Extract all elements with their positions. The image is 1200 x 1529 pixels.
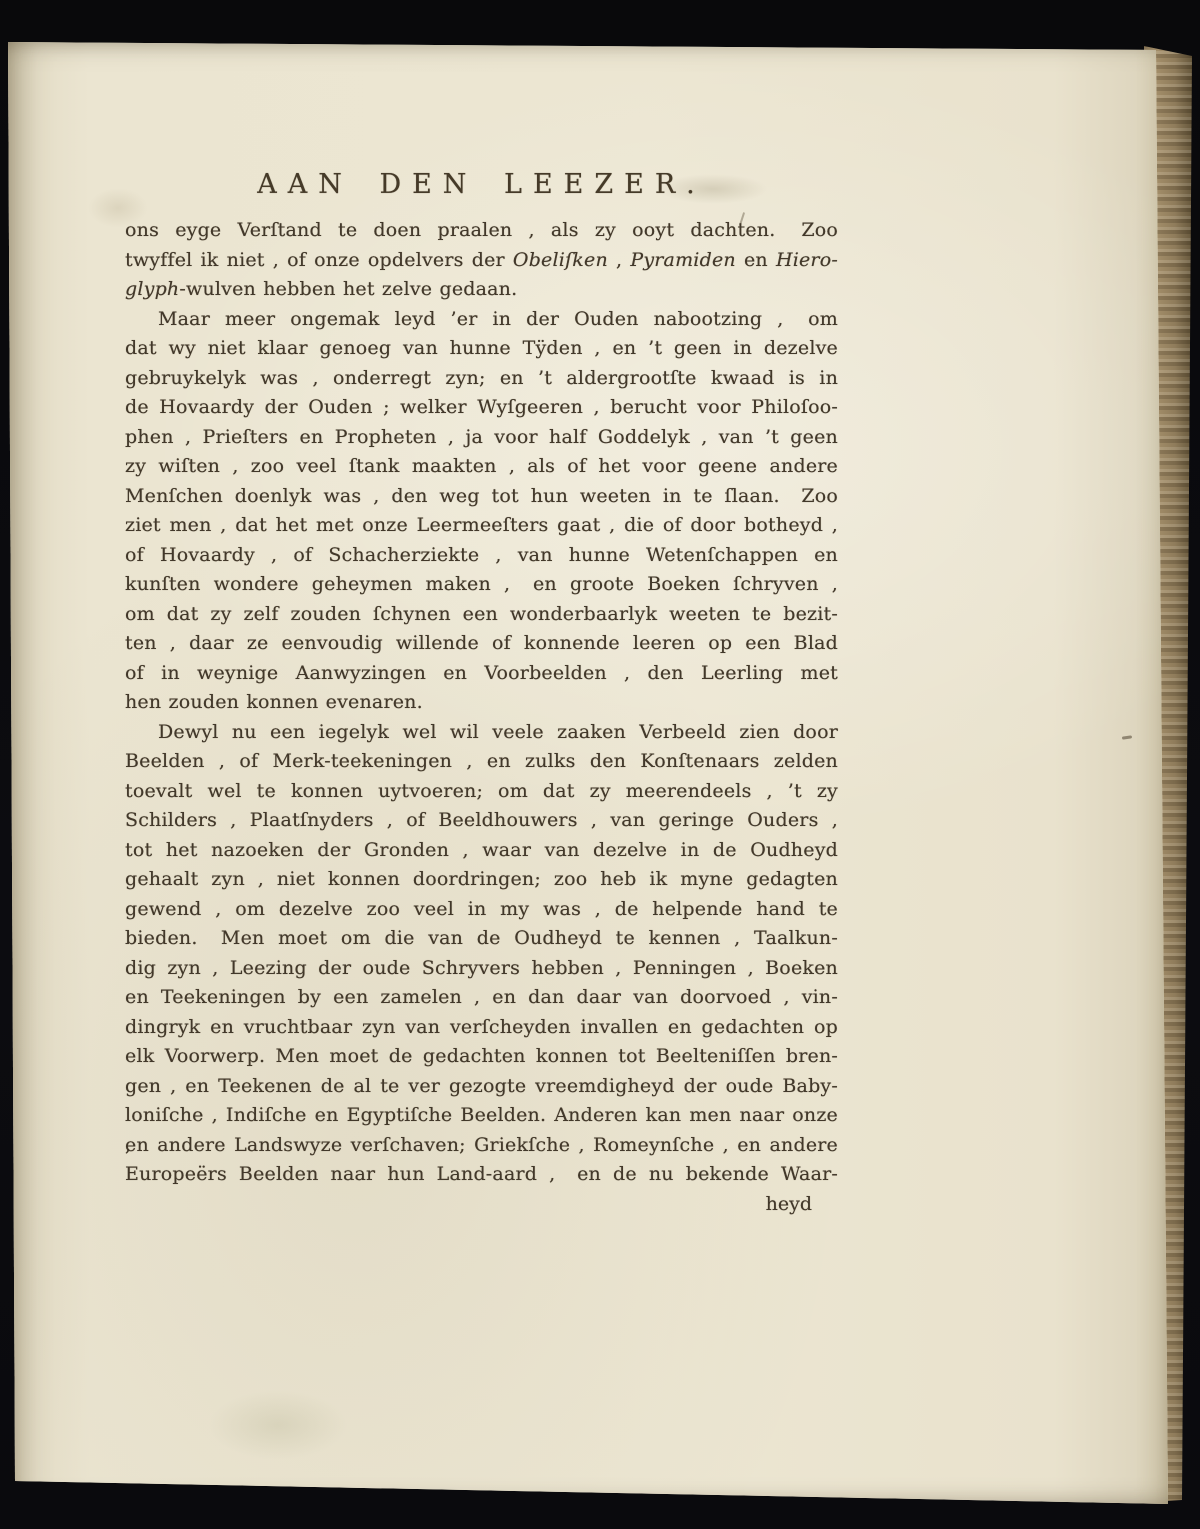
text-line: ten , daar ze eenvoudig willende of konn…	[125, 629, 838, 659]
text-segment: en Teekeningen by een zamelen , en dan d…	[125, 986, 838, 1008]
text-segment: -wulven hebben het zelve gedaan.	[179, 278, 517, 300]
scan-background: AAN DEN LEEZER. ons eyge Verſtand te doe…	[0, 0, 1200, 1529]
text-segment: Beelden , of Merk-teekeningen , en zulks…	[125, 750, 838, 772]
text-line: ons eyge Verſtand te doen praalen , als …	[125, 216, 838, 246]
text-segment: dat wy niet klaar genoeg van hunne Tÿden…	[125, 337, 838, 359]
text-segment: phen , Prieſters en Propheten , ja voor …	[125, 426, 838, 448]
text-line: om dat zy zelf zouden ſchynen een wonder…	[125, 600, 838, 630]
text-segment: gehaalt zyn , niet konnen doordringen; z…	[125, 868, 838, 890]
text-line: kunſten wondere geheymen maken , en groo…	[125, 570, 838, 600]
text-block: ons eyge Verſtand te doen praalen , als …	[125, 216, 838, 1190]
text-segment: Maar meer ongemak leyd ’er in der Ouden …	[158, 308, 838, 330]
text-segment: de Hovaardy der Ouden ; welker Wyſgeeren…	[125, 396, 838, 418]
text-segment: toevalt wel te konnen uytvoeren; om dat …	[125, 780, 838, 802]
text-line: dat wy niet klaar genoeg van hunne Tÿden…	[125, 334, 838, 364]
text-line: Maar meer ongemak leyd ’er in der Ouden …	[125, 305, 838, 335]
catchword: heyd	[125, 1190, 838, 1220]
text-segment: of Hovaardy , of Schacherziekte , van hu…	[125, 544, 838, 566]
text-segment: zy wiſten , zoo veel ſtank maakten , als…	[125, 455, 838, 477]
text-line: Dewyl nu een iegelyk wel wil veele zaake…	[125, 718, 838, 748]
text-segment: gen , en Teekenen de al te ver gezogte v…	[125, 1075, 838, 1097]
text-segment: tot het nazoeken der Gronden , waar van …	[125, 839, 838, 861]
text-line: phen , Prieſters en Propheten , ja voor …	[125, 423, 838, 453]
page-content: AAN DEN LEEZER. ons eyge Verſtand te doe…	[8, 38, 838, 1219]
italic-text-segment: Hiero-	[776, 249, 838, 271]
text-segment: bieden. Men moet om die van de Oudheyd t…	[125, 927, 838, 949]
italic-text-segment: glyph	[125, 278, 179, 300]
text-segment: gebruykelyk was , onderregt zyn; en ’t a…	[125, 367, 838, 389]
text-line: de Hovaardy der Ouden ; welker Wyſgeeren…	[125, 393, 838, 423]
text-segment: en andere Landswyze verſchaven; Griekſch…	[125, 1134, 838, 1156]
text-line: elk Voorwerp. Men moet de gedachten konn…	[125, 1042, 838, 1072]
text-segment: Menſchen doenlyk was , den weg tot hun w…	[125, 485, 838, 507]
text-segment: kunſten wondere geheymen maken , en groo…	[125, 573, 838, 595]
text-line: of in weynige Aanwyzingen en Voorbeelden…	[125, 659, 838, 689]
text-line: Beelden , of Merk-teekeningen , en zulks…	[125, 747, 838, 777]
text-segment: ten , daar ze eenvoudig willende of konn…	[125, 632, 838, 654]
text-line: zy wiſten , zoo veel ſtank maakten , als…	[125, 452, 838, 482]
text-line: en andere Landswyze verſchaven; Griekſch…	[125, 1131, 838, 1161]
text-segment: twyffel ik niet , of onze opdelvers der	[125, 249, 513, 271]
text-line: Europeërs Beelden naar hun Land-aard , e…	[125, 1160, 838, 1190]
text-segment: Europeërs Beelden naar hun Land-aard , e…	[125, 1163, 838, 1185]
text-segment: ,	[608, 249, 630, 271]
book-page: AAN DEN LEEZER. ons eyge Verſtand te doe…	[8, 38, 1170, 1506]
page-title: AAN DEN LEEZER.	[125, 168, 838, 202]
text-line: of Hovaardy , of Schacherziekte , van hu…	[125, 541, 838, 571]
text-line: dingryk en vruchtbaar zyn van verſcheyde…	[125, 1013, 838, 1043]
text-line: gehaalt zyn , niet konnen doordringen; z…	[125, 865, 838, 895]
text-line: Menſchen doenlyk was , den weg tot hun w…	[125, 482, 838, 512]
text-segment: gewend , om dezelve zoo veel in my was ,…	[125, 898, 838, 920]
text-line: glyph-wulven hebben het zelve gedaan.	[125, 275, 838, 305]
paper-stain	[208, 1390, 348, 1460]
text-line: twyffel ik niet , of onze opdelvers der …	[125, 246, 838, 276]
italic-text-segment: Obeliſken	[513, 249, 608, 271]
text-line: bieden. Men moet om die van de Oudheyd t…	[125, 924, 838, 954]
text-line: toevalt wel te konnen uytvoeren; om dat …	[125, 777, 838, 807]
text-line: Schilders , Plaatſnyders , of Beeldhouwe…	[125, 806, 838, 836]
text-segment: elk Voorwerp. Men moet de gedachten konn…	[125, 1045, 838, 1067]
text-segment: om dat zy zelf zouden ſchynen een wonder…	[125, 603, 838, 625]
italic-text-segment: Pyramiden	[630, 249, 735, 271]
text-line: tot het nazoeken der Gronden , waar van …	[125, 836, 838, 866]
text-line: gen , en Teekenen de al te ver gezogte v…	[125, 1072, 838, 1102]
text-line: en Teekeningen by een zamelen , en dan d…	[125, 983, 838, 1013]
text-segment: hen zouden konnen evenaren.	[125, 691, 423, 713]
text-segment: ons eyge Verſtand te doen praalen , als …	[125, 219, 838, 241]
text-segment: Schilders , Plaatſnyders , of Beeldhouwe…	[125, 809, 838, 831]
text-line: dig zyn , Leezing der oude Schryvers heb…	[125, 954, 838, 984]
text-segment: dingryk en vruchtbaar zyn van verſcheyde…	[125, 1016, 838, 1038]
text-segment: Dewyl nu een iegelyk wel wil veele zaake…	[158, 721, 838, 743]
text-segment: dig zyn , Leezing der oude Schryvers heb…	[125, 957, 838, 979]
text-line: gebruykelyk was , onderregt zyn; en ’t a…	[125, 364, 838, 394]
text-line: hen zouden konnen evenaren.	[125, 688, 838, 718]
text-line: gewend , om dezelve zoo veel in my was ,…	[125, 895, 838, 925]
text-segment: en	[736, 249, 776, 271]
ink-speck	[1122, 735, 1132, 739]
text-segment: of in weynige Aanwyzingen en Voorbeelden…	[125, 662, 838, 684]
text-segment: ziet men , dat het met onze Leermeeſters…	[125, 514, 838, 536]
text-line: loniſche , Indiſche en Egyptiſche Beelde…	[125, 1101, 838, 1131]
text-line: ziet men , dat het met onze Leermeeſters…	[125, 511, 838, 541]
